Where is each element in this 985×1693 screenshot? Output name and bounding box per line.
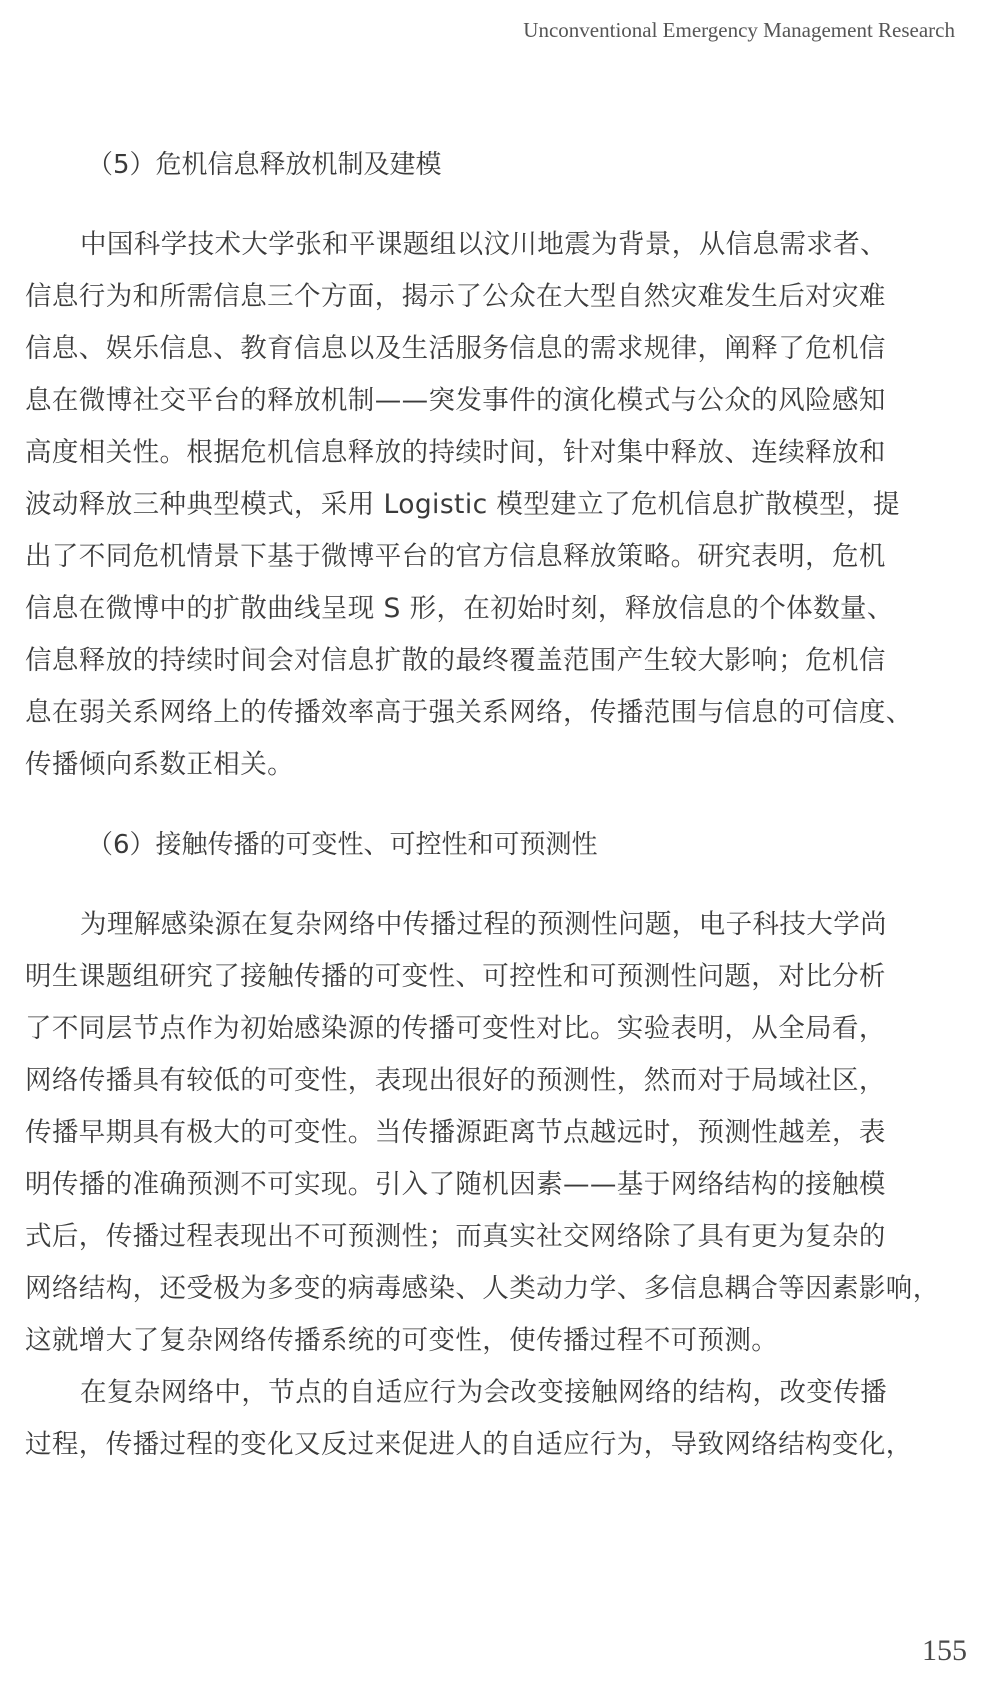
text-line: 式后，传播过程表现出不可预测性；而真实社交网络除了具有更为复杂的 [25,1217,965,1257]
spacer [25,185,965,225]
page-number: 155 [922,1634,967,1668]
text-line: 波动释放三种典型模式，采用 Logistic 模型建立了危机信息扩散模型，提 [25,485,965,525]
section-5: （5）危机信息释放机制及建模 中国科学技术大学张和平课题组以汶川地震为背景，从信… [25,145,965,785]
spacer [25,865,965,905]
text-line: 明传播的准确预测不可实现。引入了随机因素——基于网络结构的接触模 [25,1165,965,1205]
text-line: 信息行为和所需信息三个方面，揭示了公众在大型自然灾难发生后对灾难 [25,277,965,317]
text-line: 中国科学技术大学张和平课题组以汶川地震为背景，从信息需求者、 [25,225,965,265]
text-line: 这就增大了复杂网络传播系统的可变性，使传播过程不可预测。 [25,1321,965,1361]
text-line: 过程，传播过程的变化又反过来促进人的自适应行为，导致网络结构变化， [25,1425,965,1465]
text-line: 明生课题组研究了接触传播的可变性、可控性和可预测性问题，对比分析 [25,957,965,997]
text-line: 息在微博社交平台的释放机制——突发事件的演化模式与公众的风险感知 [25,381,965,421]
text-line: 为理解感染源在复杂网络中传播过程的预测性问题，电子科技大学尚 [25,905,965,945]
text-line: 信息、娱乐信息、教育信息以及生活服务信息的需求规律，阐释了危机信 [25,329,965,369]
text-line: 在复杂网络中，节点的自适应行为会改变接触网络的结构，改变传播 [25,1373,965,1413]
text-line: 信息在微博中的扩散曲线呈现 S 形，在初始时刻，释放信息的个体数量、 [25,589,965,629]
running-header-title: Unconventional Emergency Management Rese… [523,18,955,43]
paragraph: 中国科学技术大学张和平课题组以汶川地震为背景，从信息需求者、 信息行为和所需信息… [25,225,965,785]
text-line: 网络传播具有较低的可变性，表现出很好的预测性，然而对于局域社区， [25,1061,965,1101]
section-heading: （6）接触传播的可变性、可控性和可预测性 [25,825,965,865]
section-heading: （5）危机信息释放机制及建模 [25,145,965,185]
text-line: 传播早期具有极大的可变性。当传播源距离节点越远时，预测性越差，表 [25,1113,965,1153]
paragraph: 在复杂网络中，节点的自适应行为会改变接触网络的结构，改变传播 过程，传播过程的变… [25,1373,965,1465]
text-line: 高度相关性。根据危机信息释放的持续时间，针对集中释放、连续释放和 [25,433,965,473]
text-line: 了不同层节点作为初始感染源的传播可变性对比。实验表明，从全局看， [25,1009,965,1049]
section-6: （6）接触传播的可变性、可控性和可预测性 为理解感染源在复杂网络中传播过程的预测… [25,825,965,1465]
text-line: 传播倾向系数正相关。 [25,745,965,785]
page-body: （5）危机信息释放机制及建模 中国科学技术大学张和平课题组以汶川地震为背景，从信… [25,145,965,1465]
text-line: 网络结构，还受极为多变的病毒感染、人类动力学、多信息耦合等因素影响， [25,1269,965,1309]
text-line: 出了不同危机情景下基于微博平台的官方信息释放策略。研究表明，危机 [25,537,965,577]
paragraph: 为理解感染源在复杂网络中传播过程的预测性问题，电子科技大学尚 明生课题组研究了接… [25,905,965,1361]
text-line: 息在弱关系网络上的传播效率高于强关系网络，传播范围与信息的可信度、 [25,693,965,733]
text-line: 信息释放的持续时间会对信息扩散的最终覆盖范围产生较大影响；危机信 [25,641,965,681]
spacer [25,785,965,825]
